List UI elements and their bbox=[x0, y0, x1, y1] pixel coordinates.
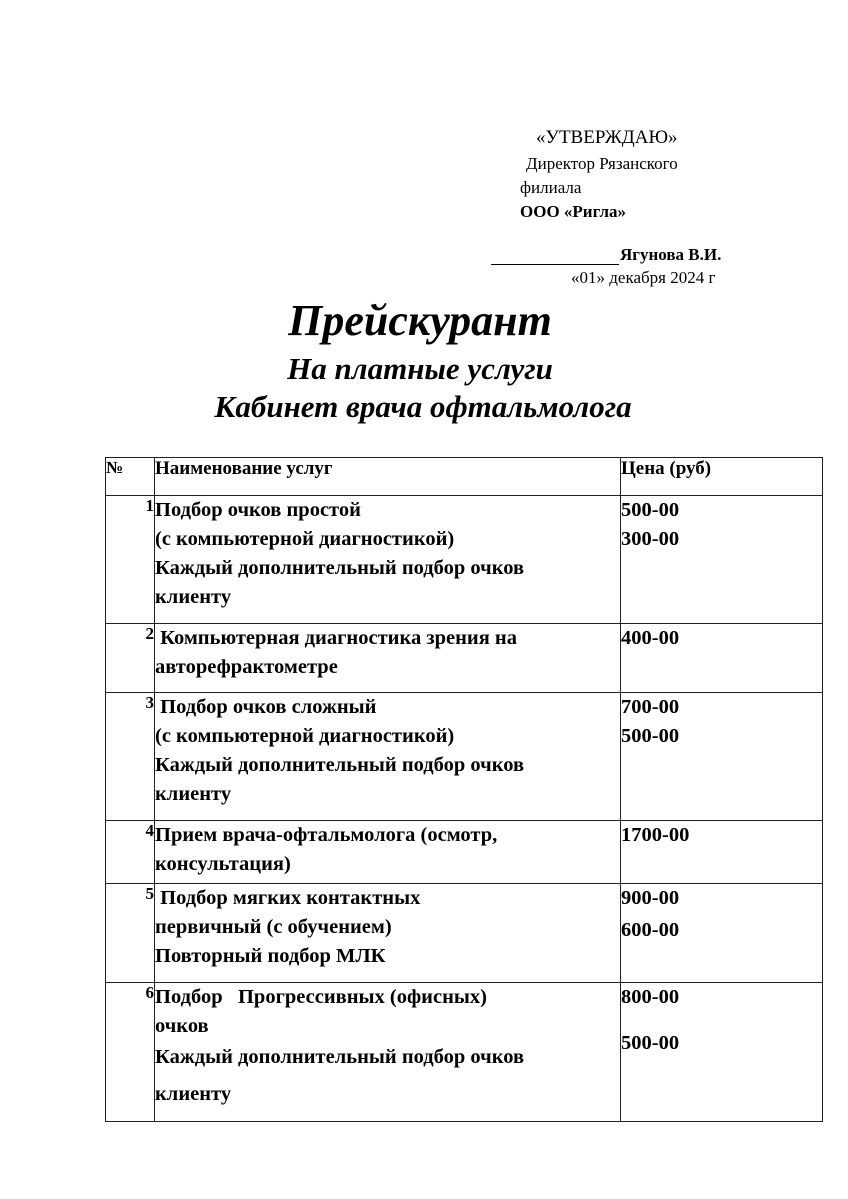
row-number: 2 bbox=[106, 624, 155, 693]
service-name-line: первичный (с обучением) bbox=[155, 913, 620, 942]
subtitle-1: На платные услуги bbox=[0, 350, 848, 388]
service-price: 800-00500-00 bbox=[621, 983, 823, 1122]
service-name-line: авторефрактометре bbox=[155, 653, 620, 682]
signatory: Ягунова В.И. bbox=[620, 245, 721, 264]
price-value: 700-00 bbox=[621, 693, 822, 722]
signature-row: Ягунова В.И. bbox=[491, 245, 721, 265]
header-num: № bbox=[106, 458, 155, 496]
title-block: Прейскурант На платные услуги Кабинет вр… bbox=[0, 294, 848, 426]
table-row: 3 Подбор очков сложный(с компьютерной ди… bbox=[106, 693, 823, 821]
price-value: 600-00 bbox=[621, 916, 822, 945]
service-name: Подбор очков сложный(с компьютерной диаг… bbox=[155, 693, 621, 821]
service-price: 1700-00 bbox=[621, 821, 823, 884]
service-name-line: консультация) bbox=[155, 850, 620, 879]
row-number: 3 bbox=[106, 693, 155, 821]
service-name-line: Подбор очков сложный bbox=[155, 693, 620, 722]
approval-date: «01» декабря 2024 г bbox=[571, 268, 715, 288]
service-price: 700-00500-00 bbox=[621, 693, 823, 821]
service-name: Подбор очков простой(с компьютерной диаг… bbox=[155, 496, 621, 624]
service-name: Подбор Прогрессивных (офисных)очковКажды… bbox=[155, 983, 621, 1122]
service-price: 900-00600-00 bbox=[621, 884, 823, 983]
service-price: 500-00300-00 bbox=[621, 496, 823, 624]
position-line2: филиала bbox=[520, 178, 581, 198]
price-table: № Наименование услуг Цена (руб) 1Подбор … bbox=[105, 457, 823, 1122]
service-name-line: Подбор очков простой bbox=[155, 496, 620, 525]
table-row: 2 Компьютерная диагностика зрения наавто… bbox=[106, 624, 823, 693]
service-name-line: Подбор мягких контактных bbox=[155, 884, 620, 913]
price-value: 500-00 bbox=[621, 722, 822, 751]
row-number: 4 bbox=[106, 821, 155, 884]
table-row: 6Подбор Прогрессивных (офисных)очковКажд… bbox=[106, 983, 823, 1122]
approve-label: «УТВЕРЖДАЮ» bbox=[536, 128, 677, 148]
service-name-line: Прием врача-офтальмолога (осмотр, bbox=[155, 821, 620, 850]
service-name-line: клиенту bbox=[155, 1076, 620, 1113]
row-number: 6 bbox=[106, 983, 155, 1122]
service-name-line: Компьютерная диагностика зрения на bbox=[155, 624, 620, 653]
service-name-line: клиенту bbox=[155, 780, 620, 809]
service-name-line: (с компьютерной диагностикой) bbox=[155, 722, 620, 751]
service-name-line: клиенту bbox=[155, 583, 620, 612]
page-title: Прейскурант bbox=[0, 294, 848, 348]
service-price: 400-00 bbox=[621, 624, 823, 693]
price-value: 500-00 bbox=[621, 1029, 822, 1058]
table-row: 4Прием врача-офтальмолога (осмотр,консул… bbox=[106, 821, 823, 884]
service-name-line: Каждый дополнительный подбор очков bbox=[155, 751, 620, 780]
price-value: 800-00 bbox=[621, 983, 822, 1012]
service-name-line: очков bbox=[155, 1012, 620, 1041]
organization: ООО «Ригла» bbox=[520, 202, 626, 222]
row-number: 5 bbox=[106, 884, 155, 983]
header-name: Наименование услуг bbox=[155, 458, 621, 496]
price-value: 400-00 bbox=[621, 624, 822, 653]
service-name: Компьютерная диагностика зрения наавторе… bbox=[155, 624, 621, 693]
header-price: Цена (руб) bbox=[621, 458, 823, 496]
service-name-line: Подбор Прогрессивных (офисных) bbox=[155, 983, 620, 1012]
price-value: 900-00 bbox=[621, 884, 822, 913]
position-line1: Директор Рязанского bbox=[526, 154, 678, 174]
signature-line bbox=[491, 248, 619, 265]
subtitle-2: Кабинет врача офтальмолога bbox=[0, 388, 848, 426]
price-value: 1700-00 bbox=[621, 821, 822, 850]
table-header-row: № Наименование услуг Цена (руб) bbox=[106, 458, 823, 496]
row-number: 1 bbox=[106, 496, 155, 624]
price-value: 300-00 bbox=[621, 525, 822, 554]
price-value: 500-00 bbox=[621, 496, 822, 525]
service-name-line: (с компьютерной диагностикой) bbox=[155, 525, 620, 554]
service-name-line: Каждый дополнительный подбор очков bbox=[155, 1039, 620, 1076]
service-name-line: Каждый дополнительный подбор очков bbox=[155, 554, 620, 583]
service-name: Подбор мягких контактныхпервичный (с обу… bbox=[155, 884, 621, 983]
table-row: 5 Подбор мягких контактныхпервичный (с о… bbox=[106, 884, 823, 983]
service-name-line: Повторный подбор МЛК bbox=[155, 942, 620, 971]
table-row: 1Подбор очков простой(с компьютерной диа… bbox=[106, 496, 823, 624]
service-name: Прием врача-офтальмолога (осмотр,консуль… bbox=[155, 821, 621, 884]
